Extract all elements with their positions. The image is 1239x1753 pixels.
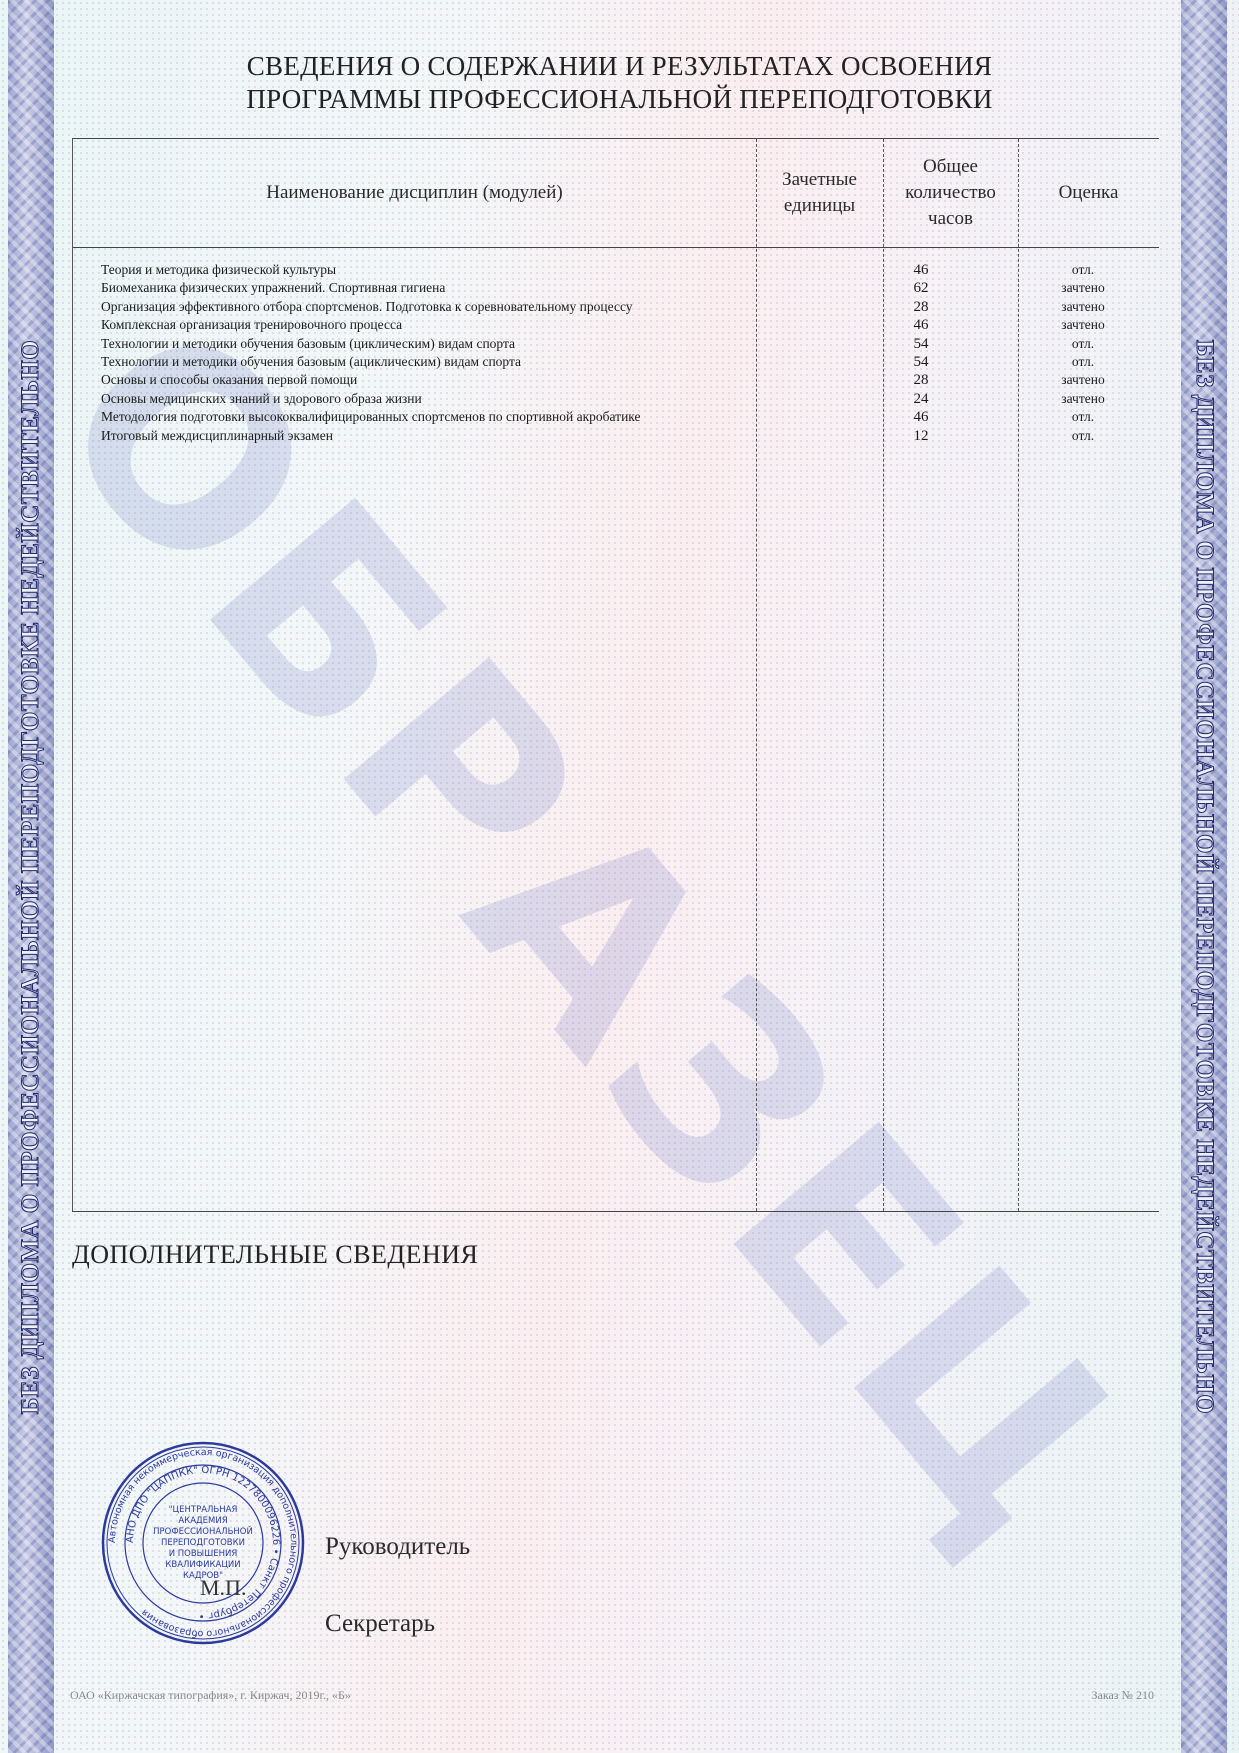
- title-line-1: СВЕДЕНИЯ О СОДЕРЖАНИИ И РЕЗУЛЬТАТАХ ОСВО…: [0, 50, 1239, 83]
- secretary-signature-label: Секретарь: [325, 1610, 435, 1638]
- organization-seal-stamp: Автономная некоммерческая организация до…: [100, 1440, 306, 1646]
- svg-text:ПРОФЕССИОНАЛЬНОЙ: ПРОФЕССИОНАЛЬНОЙ: [153, 1525, 253, 1537]
- discipline-name: Теория и методика физической культуры: [101, 261, 336, 279]
- svg-text:И ПОВЫШЕНИЯ: И ПОВЫШЕНИЯ: [169, 1549, 238, 1559]
- table-header: Наименование дисциплин (модулей) Зачетны…: [73, 139, 1159, 248]
- discipline-name: Организация эффективного отбора спортсме…: [101, 298, 633, 316]
- discipline-grade: отл.: [1033, 335, 1133, 353]
- disciplines-table: Наименование дисциплин (модулей) Зачетны…: [72, 138, 1159, 1212]
- discipline-grade: зачтено: [1033, 316, 1133, 334]
- left-security-border: БЕЗ ДИПЛОМА О ПРОФЕССИОНАЛЬНОЙ ПЕРЕПОДГО…: [8, 0, 54, 1753]
- right-security-border: БЕЗ ДИПЛОМА О ПРОФЕССИОНАЛЬНОЙ ПЕРЕПОДГО…: [1181, 0, 1227, 1753]
- discipline-name: Методология подготовки высококвалифициро…: [101, 408, 641, 426]
- discipline-grade: отл.: [1033, 261, 1133, 279]
- discipline-grade: зачтено: [1033, 279, 1133, 297]
- table-row: Методология подготовки высококвалифициро…: [73, 408, 1159, 426]
- discipline-grade: зачтено: [1033, 390, 1133, 408]
- table-row: Итоговый междисциплинарный экзамен12отл.: [73, 427, 1159, 445]
- table-row: Организация эффективного отбора спортсме…: [73, 298, 1159, 316]
- table-row: Биомеханика физических упражнений. Спорт…: [73, 279, 1159, 297]
- discipline-grade: отл.: [1033, 408, 1133, 426]
- discipline-hours: 46: [891, 261, 951, 279]
- discipline-name: Комплексная организация тренировочного п…: [101, 316, 402, 334]
- header-grade: Оценка: [1018, 139, 1159, 247]
- discipline-hours: 12: [891, 427, 951, 445]
- discipline-grade: зачтено: [1033, 298, 1133, 316]
- header-credits: Зачетные единицы: [756, 139, 883, 247]
- header-discipline-name: Наименование дисциплин (модулей): [73, 139, 756, 247]
- discipline-hours: 28: [891, 298, 951, 316]
- left-border-text: БЕЗ ДИПЛОМА О ПРОФЕССИОНАЛЬНОЙ ПЕРЕПОДГО…: [17, 339, 45, 1413]
- discipline-hours: 54: [891, 353, 951, 371]
- discipline-name: Итоговый междисциплинарный экзамен: [101, 427, 333, 445]
- right-border-text: БЕЗ ДИПЛОМА О ПРОФЕССИОНАЛЬНОЙ ПЕРЕПОДГО…: [1190, 339, 1218, 1413]
- table-row: Основы медицинских знаний и здорового об…: [73, 390, 1159, 408]
- discipline-grade: отл.: [1033, 427, 1133, 445]
- discipline-hours: 46: [891, 408, 951, 426]
- order-number: Заказ № 210: [1091, 1688, 1154, 1703]
- discipline-hours: 54: [891, 335, 951, 353]
- page-title: СВЕДЕНИЯ О СОДЕРЖАНИИ И РЕЗУЛЬТАТАХ ОСВО…: [0, 50, 1239, 116]
- table-row: Комплексная организация тренировочного п…: [73, 316, 1159, 334]
- svg-text:АКАДЕМИЯ: АКАДЕМИЯ: [178, 1516, 227, 1526]
- printer-imprint: ОАО «Киржачская типография», г. Киржач, …: [70, 1688, 351, 1703]
- table-row: Основы и способы оказания первой помощи2…: [73, 371, 1159, 389]
- head-signature-label: Руководитель: [325, 1533, 470, 1561]
- header-total-hours: Общее количество часов: [883, 139, 1018, 247]
- svg-text:ПЕРЕПОДГОТОВКИ: ПЕРЕПОДГОТОВКИ: [161, 1538, 245, 1548]
- discipline-hours: 24: [891, 390, 951, 408]
- discipline-grade: отл.: [1033, 353, 1133, 371]
- title-line-2: ПРОГРАММЫ ПРОФЕССИОНАЛЬНОЙ ПЕРЕПОДГОТОВК…: [0, 83, 1239, 116]
- discipline-hours: 28: [891, 371, 951, 389]
- discipline-name: Биомеханика физических упражнений. Спорт…: [101, 279, 445, 297]
- discipline-name: Технологии и методики обучения базовым (…: [101, 353, 521, 371]
- svg-text:КВАЛИФИКАЦИИ: КВАЛИФИКАЦИИ: [165, 1560, 240, 1570]
- table-row: Технологии и методики обучения базовым (…: [73, 335, 1159, 353]
- discipline-name: Основы и способы оказания первой помощи: [101, 371, 357, 389]
- seal-place-label: М.П.: [200, 1575, 246, 1601]
- table-row: Теория и методика физической культуры46о…: [73, 261, 1159, 279]
- table-row: Технологии и методики обучения базовым (…: [73, 353, 1159, 371]
- discipline-name: Основы медицинских знаний и здорового об…: [101, 390, 422, 408]
- discipline-hours: 46: [891, 316, 951, 334]
- additional-info-title: ДОПОЛНИТЕЛЬНЫЕ СВЕДЕНИЯ: [72, 1240, 478, 1270]
- svg-text:"ЦЕНТРАЛЬНАЯ: "ЦЕНТРАЛЬНАЯ: [169, 1505, 238, 1515]
- discipline-name: Технологии и методики обучения базовым (…: [101, 335, 515, 353]
- table-body: Теория и методика физической культуры46о…: [73, 261, 1159, 445]
- discipline-hours: 62: [891, 279, 951, 297]
- discipline-grade: зачтено: [1033, 371, 1133, 389]
